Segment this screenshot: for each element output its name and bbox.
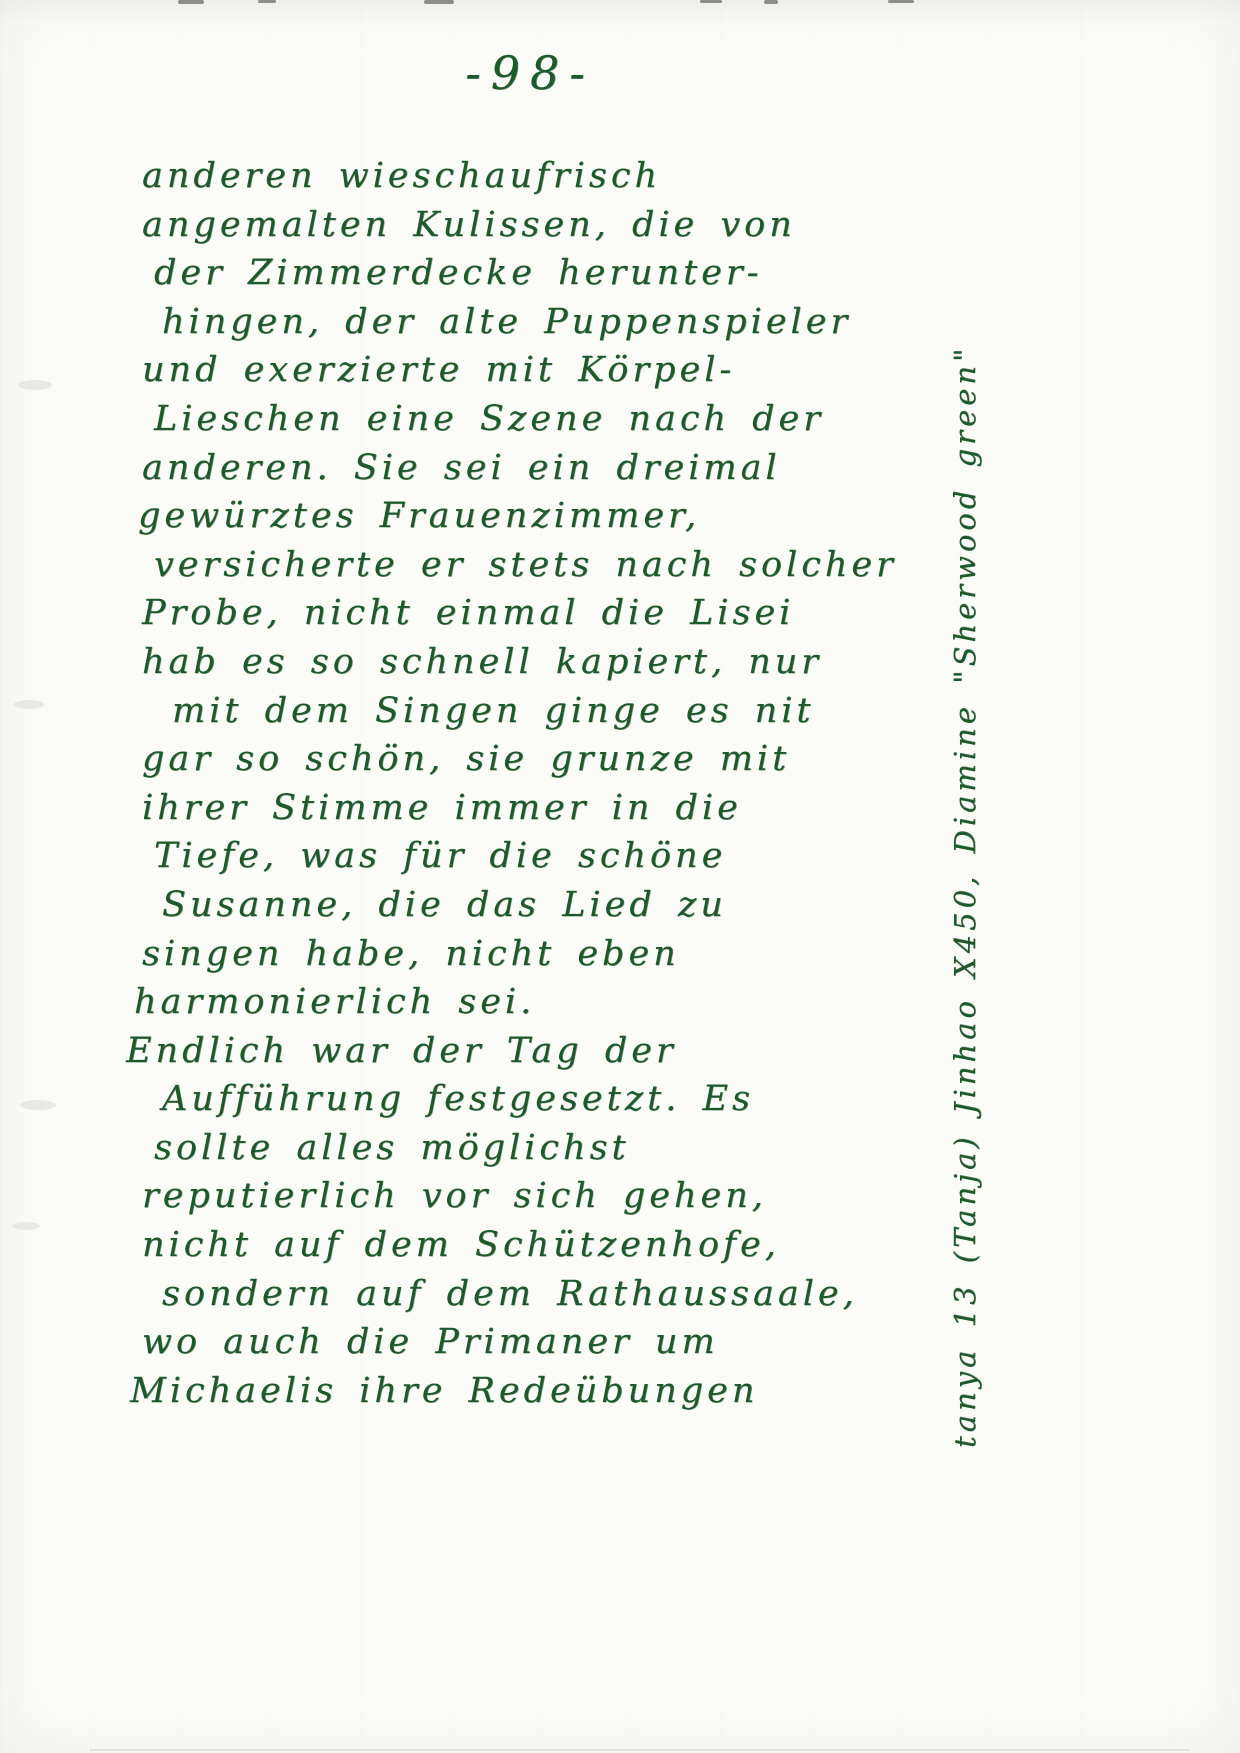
handwritten-line: Tiefe, was für die schöne xyxy=(154,832,972,881)
handwritten-line: ihrer Stimme immer in die xyxy=(142,784,972,833)
handwritten-line: Michaelis ihre Redeübungen xyxy=(130,1367,972,1416)
handwritten-line: und exerzierte mit Körpel- xyxy=(142,346,972,395)
handwritten-line: gewürztes Frauenzimmer, xyxy=(138,492,972,541)
handwritten-line: harmonierlich sei. xyxy=(134,978,972,1027)
handwritten-line: reputierlich vor sich gehen, xyxy=(142,1172,972,1221)
scan-artifact xyxy=(700,0,722,3)
handwritten-line: hingen, der alte Puppenspieler xyxy=(162,298,972,347)
scan-edge-line xyxy=(90,1749,1190,1751)
handwritten-line: mit dem Singen ginge es nit xyxy=(172,687,972,736)
handwritten-line: singen habe, nicht eben xyxy=(142,930,972,979)
handwritten-line: Endlich war der Tag der xyxy=(126,1027,972,1076)
handwritten-line: Susanne, die das Lied zu xyxy=(162,881,972,930)
scanned-manuscript-page: -98- anderen wieschaufrisch angemalten K… xyxy=(0,0,1240,1753)
scan-artifact xyxy=(424,0,454,4)
scan-artifact xyxy=(888,0,914,3)
handwritten-line: sollte alles möglichst xyxy=(154,1124,972,1173)
scan-artifact xyxy=(764,0,778,4)
handwritten-line: hab es so schnell kapiert, nur xyxy=(142,638,972,687)
handwritten-line: nicht auf dem Schützenhofe, xyxy=(142,1221,972,1270)
scan-artifact xyxy=(178,0,204,4)
handwritten-line: sondern auf dem Rathaussaale, xyxy=(162,1270,972,1319)
handwritten-line: gar so schön, sie grunze mit xyxy=(142,735,972,784)
scan-smudge xyxy=(18,380,52,390)
handwritten-line: anderen wieschaufrisch xyxy=(142,152,972,201)
handwritten-line: anderen. Sie sei ein dreimal xyxy=(142,444,972,493)
handwritten-line: angemalten Kulissen, die von xyxy=(142,201,972,250)
scan-artifact xyxy=(258,0,276,3)
handwritten-body: anderen wieschaufrisch angemalten Kuliss… xyxy=(142,152,972,1415)
handwritten-line: versicherte er stets nach solcher xyxy=(154,541,972,590)
handwritten-line: Lieschen eine Szene nach der xyxy=(154,395,972,444)
scan-smudge xyxy=(20,1100,56,1110)
page-number: -98- xyxy=(0,46,1060,100)
scan-smudge xyxy=(12,1222,40,1230)
pen-and-ink-margin-note: tanya 13 (Tanja) Jinhao X450, Diamine "S… xyxy=(948,248,1000,1448)
handwritten-line: wo auch die Primaner um xyxy=(142,1318,972,1367)
handwritten-line: Probe, nicht einmal die Lisei xyxy=(142,589,972,638)
handwritten-line: der Zimmerdecke herunter- xyxy=(154,249,972,298)
handwritten-line: Aufführung festgesetzt. Es xyxy=(162,1075,972,1124)
scan-smudge xyxy=(14,700,44,709)
